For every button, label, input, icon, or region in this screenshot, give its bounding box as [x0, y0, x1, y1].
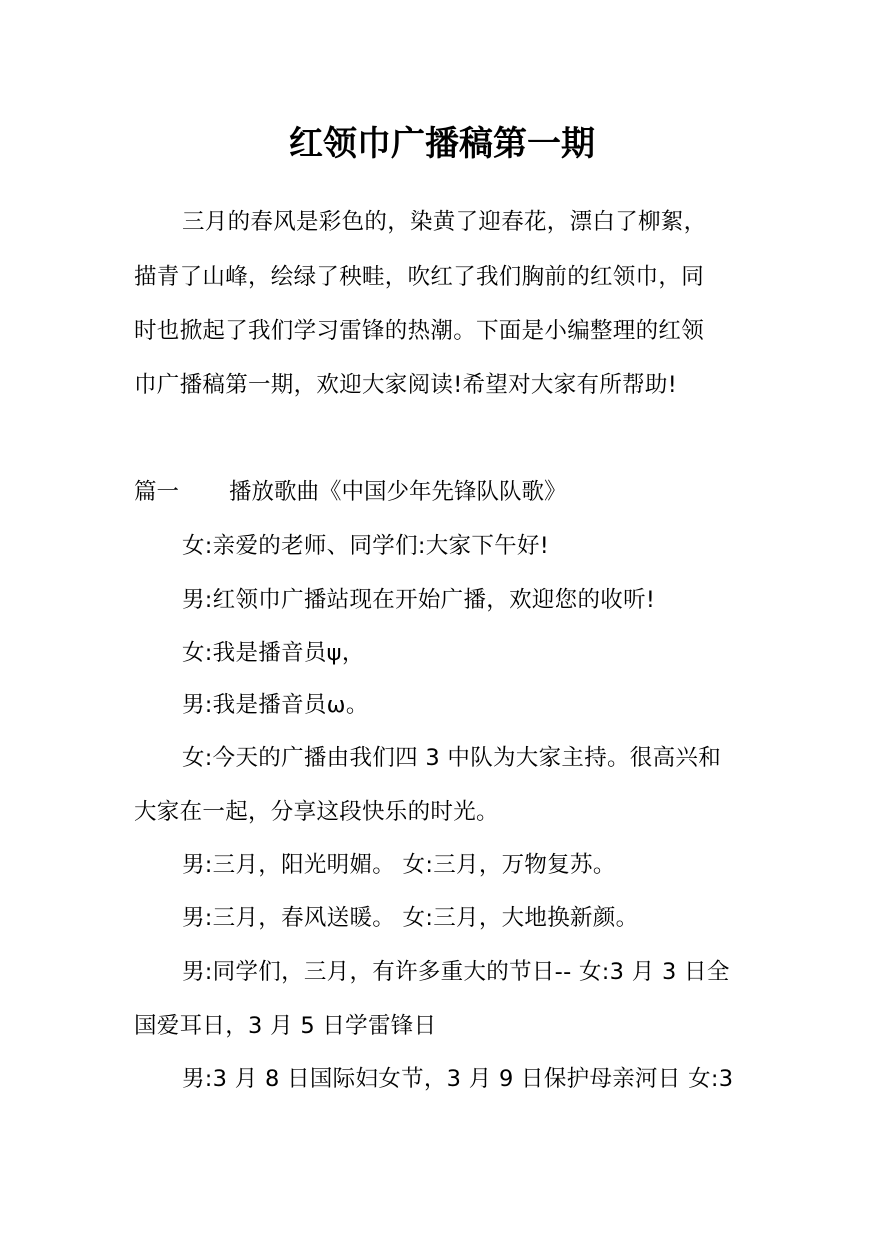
dialogue-line: 男:我是播音员ω。 — [182, 690, 369, 720]
dialogue-line: 女:亲爱的老师、同学们:大家下午好! — [182, 531, 549, 561]
dialogue-line: 女:今天的广播由我们四 3 中队为大家主持。很高兴和 — [182, 743, 721, 773]
dialogue-line: 女:我是播音员ψ， — [182, 638, 365, 668]
dialogue-line: 男:红领巾广播站现在开始广播，欢迎您的收听! — [182, 585, 655, 615]
dialogue-line: 男:同学们，三月，有许多重大的节日-- 女:3 月 3 日全 — [182, 957, 730, 987]
intro-line: 时也掀起了我们学习雷锋的热潮。下面是小编整理的红领 — [134, 316, 704, 346]
document-page: 红领巾广播稿第一期 三月的春风是彩色的，染黄了迎春花，漂白了柳絮， 描青了山峰，… — [0, 0, 884, 1250]
intro-line: 描青了山峰，绘绿了秧畦，吹红了我们胸前的红领巾，同 — [134, 262, 704, 292]
section-heading: 播放歌曲《中国少年先锋队队歌》 — [229, 477, 567, 507]
intro-line: 三月的春风是彩色的，染黄了迎春花，漂白了柳絮， — [182, 207, 706, 237]
document-title: 红领巾广播稿第一期 — [0, 122, 884, 166]
dialogue-line: 男:3 月 8 日国际妇女节，3 月 9 日保护母亲河日 女:3 — [182, 1064, 733, 1094]
dialogue-line: 大家在一起，分享这段快乐的时光。 — [134, 797, 499, 827]
intro-line: 巾广播稿第一期，欢迎大家阅读!希望对大家有所帮助! — [134, 370, 677, 400]
dialogue-line: 国爱耳日，3 月 5 日学雷锋日 — [134, 1011, 436, 1041]
section-label: 篇一 — [134, 477, 179, 507]
dialogue-line: 男:三月，春风送暖。 女:三月，大地换新颜。 — [182, 903, 638, 933]
dialogue-line: 男:三月，阳光明媚。 女:三月，万物复苏。 — [182, 850, 616, 880]
